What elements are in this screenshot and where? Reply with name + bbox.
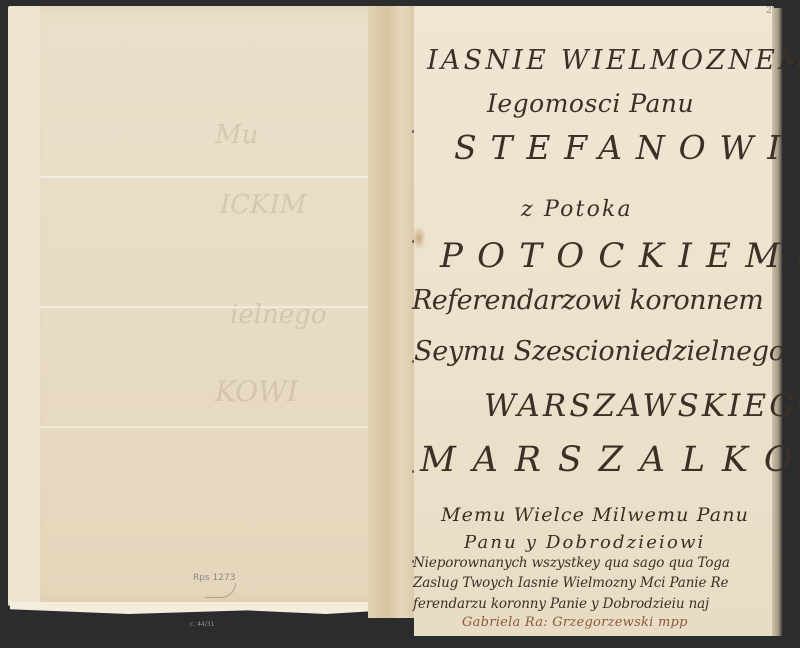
left-page-edge [10,602,405,614]
dedication-line: z Potoka [521,197,633,222]
dedication-line: Memu Wielce Milwemu Panu [441,504,749,526]
bleed-through-text: ielnego [230,300,326,330]
shelfmark-note: c. 44/31 [190,621,214,628]
dedication-line: Referendarzowi koronnem [412,285,763,316]
body-line: Nieporownanych wszystkey qua sago qua To… [413,555,730,571]
shelfmark: Rps 1273 [193,573,235,583]
signature: Gabriela Ra: Grzegorzewski mpp [462,615,688,630]
manuscript-scan: Mu ICKIM ielnego KOWI Rps 1273 c. 44/31 … [0,0,800,648]
dedication-line: WARSZAWSKIEGO [484,388,800,424]
body-line: Zaslug Twoych Iasnie Wielmozny Mci Panie… [413,575,728,591]
left-page [40,6,412,604]
body-line: ferendarzu koronny Panie y Dobrodzieiu n… [413,596,709,612]
spine-gutter [368,6,416,618]
dedication-line: Seymu Szescioniedzielnego [414,336,785,367]
folio-number: 2 [766,6,772,16]
dedication-line: IASNIE WIELMOZNEMU [427,45,800,76]
bleed-through-text: Mu [215,120,258,150]
foxing-stain [412,226,426,250]
bleed-through-text: ICKIM [220,190,306,220]
dedication-line: Panu y Dobrodzieiowi [464,532,705,553]
paper-crease [40,176,412,178]
paper-crease [40,426,412,428]
dedication-line: STEFANOWI [454,128,794,167]
dedication-line: Iegomosci Panu [487,89,694,118]
dedication-line: MARSZALKOWI [420,440,800,480]
bleed-through-text: KOWI [215,375,298,408]
paper-crease [40,306,412,308]
page-block-edge [772,8,782,636]
dedication-line: POTOCKIEMU [440,236,800,276]
